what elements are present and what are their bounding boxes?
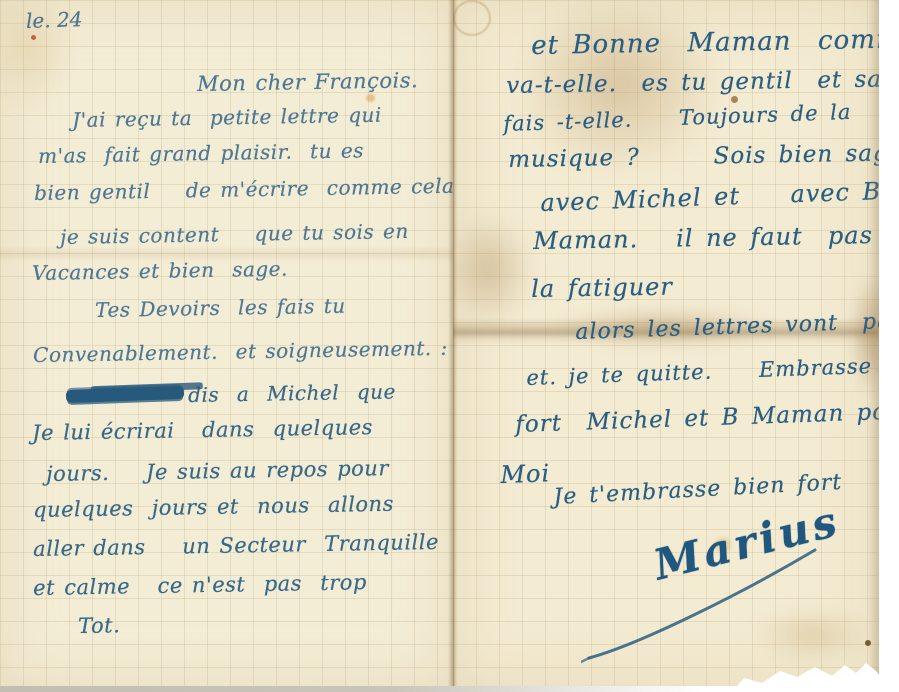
handwriting-line: dis a Michel que: [188, 381, 396, 405]
handwriting-line: bien gentil de m'écrire comme cela: [34, 176, 453, 203]
handwriting-line: Maman. il ne faut pas trop: [533, 222, 879, 253]
handwriting-line: aller dans un Secteur Tranquille: [33, 532, 439, 560]
handwriting-line: m'as fait grand plaisir. tu es: [38, 140, 364, 166]
handwriting-line: et Bonne Maman comment: [531, 26, 879, 59]
handwriting-line: Tes Devoirs les fais tu: [95, 296, 346, 320]
handwriting-line: musique ? Sois bien sage: [508, 142, 879, 172]
ring-stain: [453, 0, 491, 36]
handwriting-line: fais -t-elle. Toujours de la: [503, 102, 852, 135]
paper-spot: [31, 35, 36, 40]
letter-page-left: le. 24 Mon cher François.J'ai reçu ta pe…: [0, 0, 453, 686]
paper-spot: [366, 94, 375, 102]
signature: Marius: [649, 496, 845, 590]
scanned-letter: le. 24 Mon cher François.J'ai reçu ta pe…: [0, 0, 899, 692]
paper-edge-shadow: [868, 0, 879, 686]
handwriting-line: jours. Je suis au repos pour: [46, 458, 389, 485]
handwriting-line: fort Michel et B Maman pour -: [515, 399, 879, 437]
handwriting-line: Mon cher François.: [197, 70, 418, 95]
torn-paper-edge: [728, 662, 888, 692]
scribbled-out-word: [66, 386, 184, 403]
handwriting-line: et calme ce n'est pas trop: [33, 572, 367, 599]
paper-stain: [733, 600, 879, 670]
handwriting-line: je suis content que tu sois en: [60, 221, 409, 247]
handwriting-line: Tot.: [78, 615, 121, 637]
handwriting-line: Vacances et bien sage.: [32, 259, 288, 283]
handwriting-line: Moi: [500, 461, 551, 487]
handwriting-line: Convenablement. et soigneusement. :: [33, 338, 448, 365]
scan-background: [879, 0, 899, 692]
handwriting-line: la fatiguer: [531, 275, 673, 301]
handwriting-line: et. je te quitte. Embrasse bien: [526, 354, 879, 389]
handwriting-line: Je lui écrirai dans quelques: [32, 417, 373, 444]
handwriting-line: J'ai reçu ta petite lettre qui: [72, 105, 382, 130]
handwriting-line: avec Michel et avec Bonne: [540, 177, 879, 215]
handwriting-line: quelques jours et nous allons: [33, 494, 394, 521]
handwriting-line: va-t-elle. es tu gentil et sage: [506, 68, 879, 98]
center-fold-line: [448, 0, 458, 686]
letter-page-right: et Bonne Maman commentva-t-elle. es tu g…: [453, 0, 879, 686]
paper-spot: [731, 96, 738, 103]
date-heading: le. 24: [26, 7, 83, 33]
